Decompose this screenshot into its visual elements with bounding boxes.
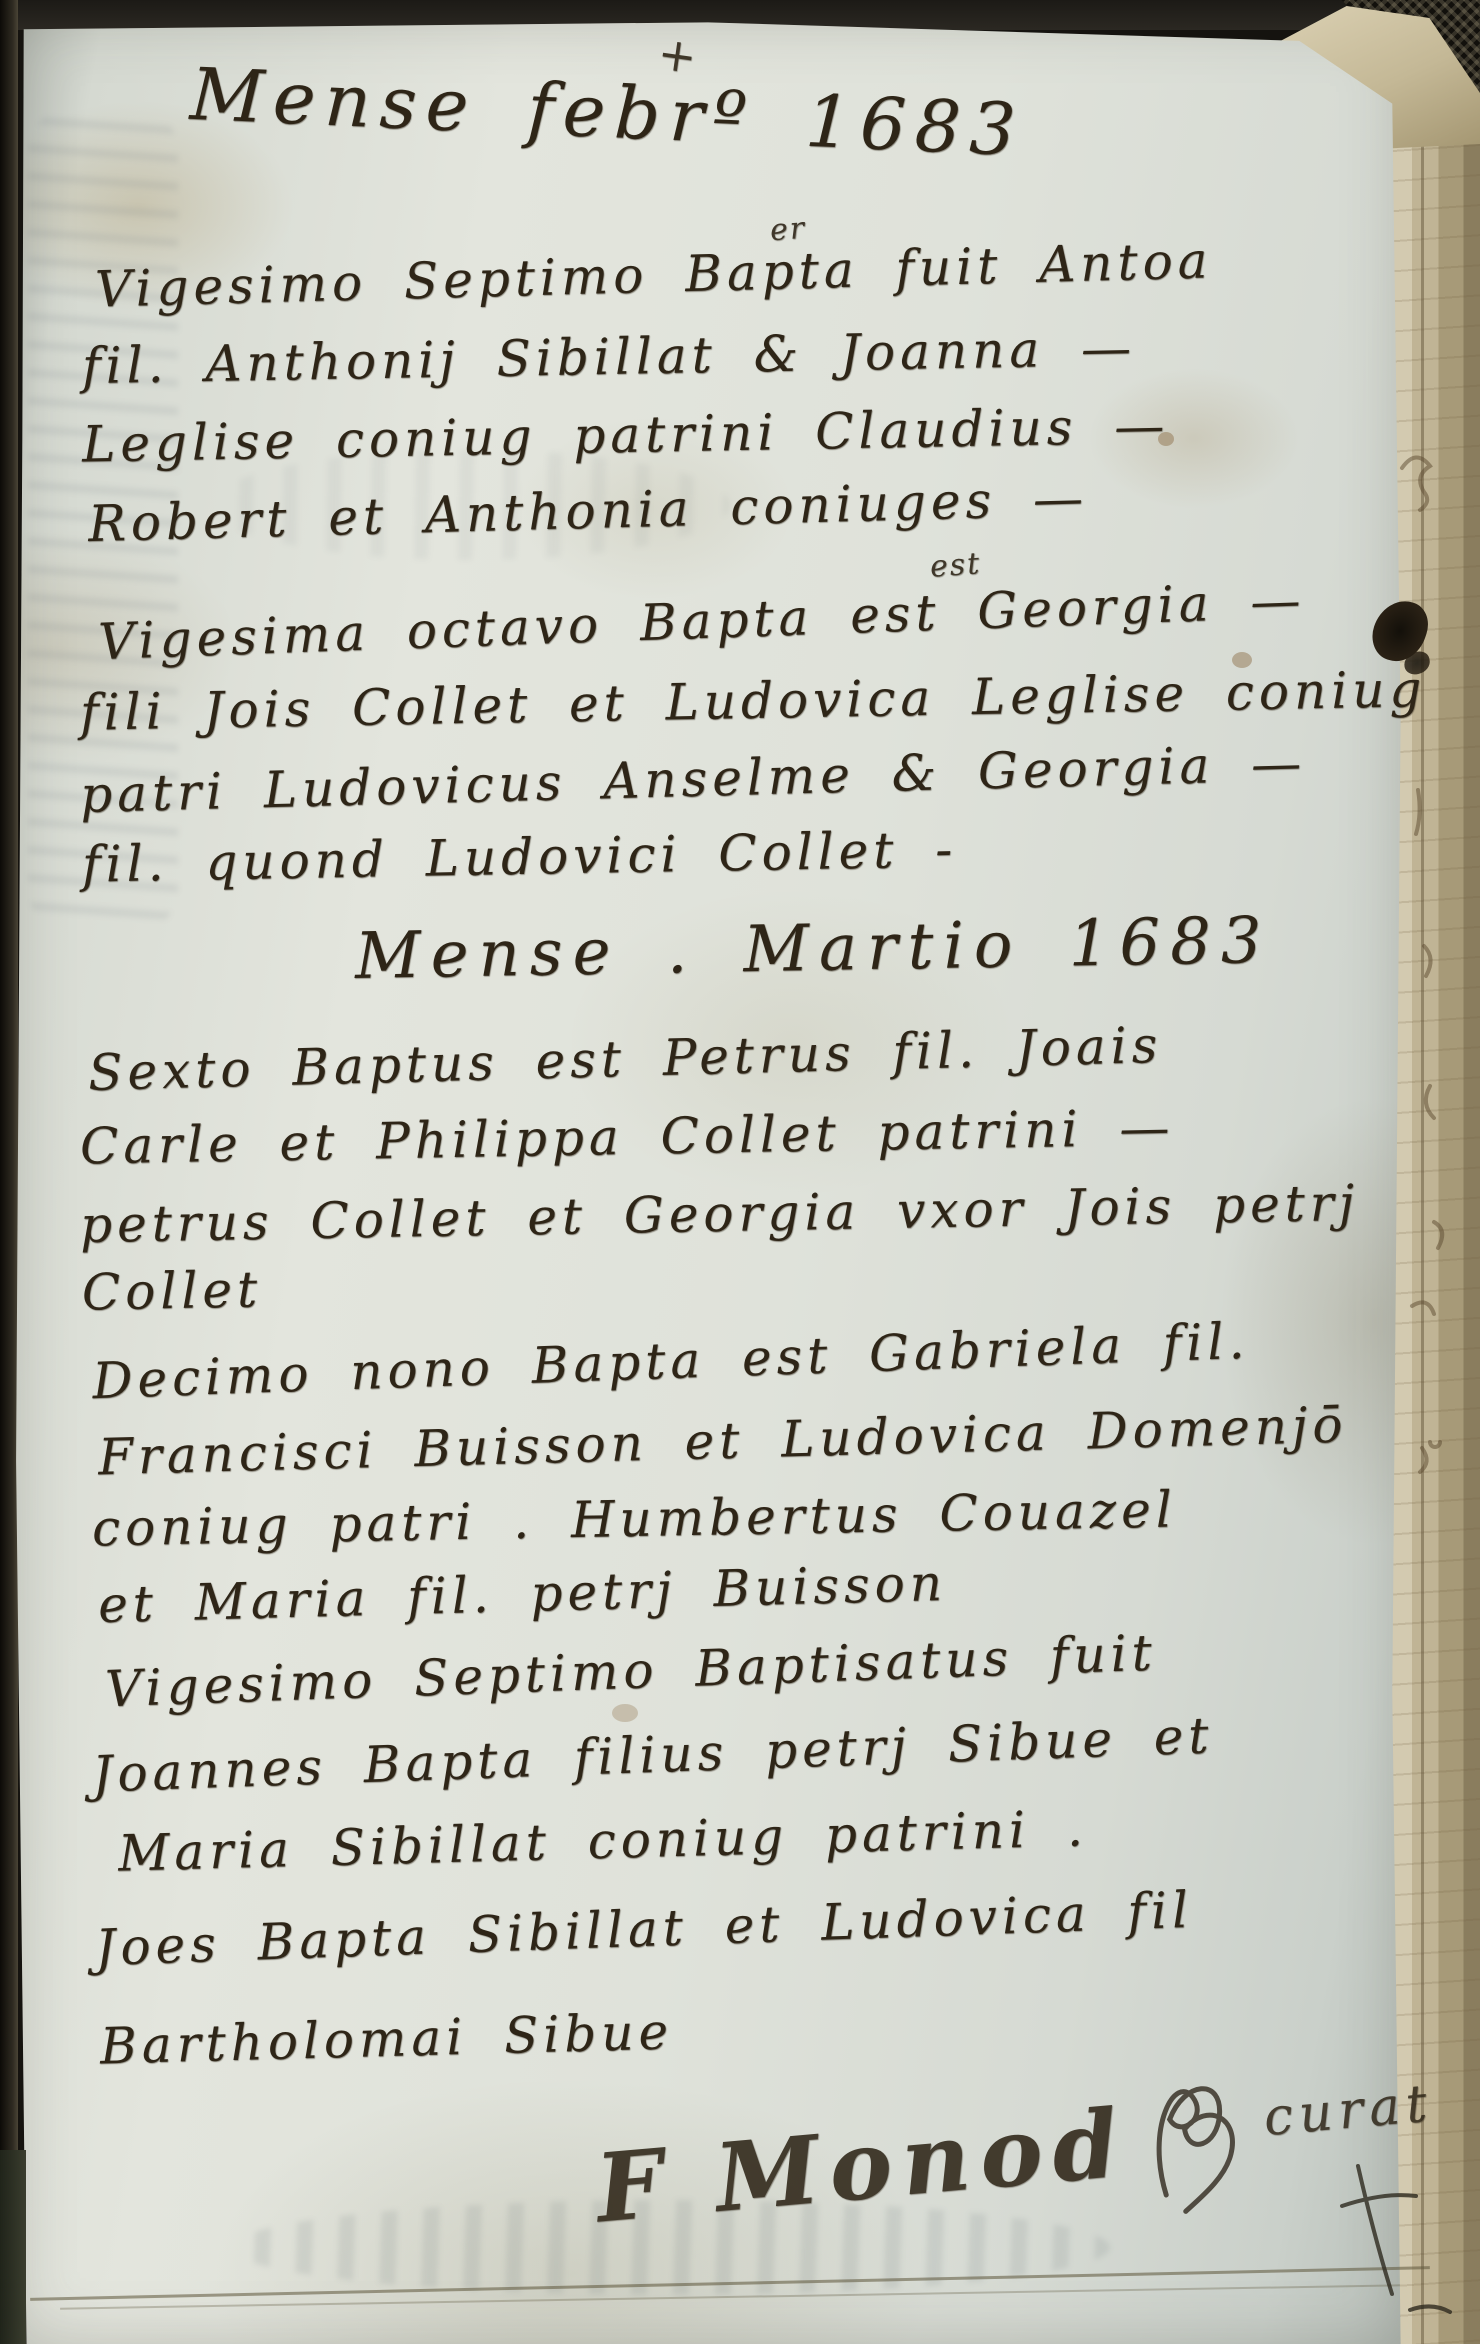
register-line: Joannes Bapta filius petrj Sibue et [91,1706,1214,1803]
month-heading-february: Mense febrº 1683 [189,52,1027,172]
register-line: Decimo nono Bapta est Gabriela fil. [91,1312,1250,1410]
register-line: fil. quond Ludovici Collet - [82,820,958,893]
handwriting-layer: + Mense febrº 1683 er Vigesimo Septimo B… [0,0,1480,2344]
register-line: Joes Bapta Sibillat et Ludovica fil [94,1881,1194,1977]
register-line: Vigesimo Septimo Baptisatus fuit [104,1624,1157,1719]
register-line: fili Jois Collet et Ludovica Leglise con… [80,660,1427,741]
register-line: Leglise coniug patrini Claudius — [82,397,1170,474]
register-line: Bartholomai Sibue [99,2003,673,2076]
register-line: patri Ludovicus Anselme & Georgia — [79,734,1306,824]
register-line: Robert et Anthonia coniuges — [87,469,1088,553]
register-line: Maria Sibillat coniug patrini . [117,1799,1088,1882]
register-line: petrus Collet et Georgia vxor Jois petrj [80,1174,1360,1254]
register-line: fil. Anthonij Sibillat & Joanna — [82,319,1137,395]
register-line: Sexto Baptus est Petrus fil. Joais [87,1016,1163,1102]
register-line: Vigesimo Septimo Bapta fuit Antoa [94,231,1213,318]
priest-signature: F Monod curat [590,2042,1440,2265]
register-line: Collet [82,1260,263,1321]
signature-title: curat [1261,2074,1437,2174]
register-line: Vigesima octavo Bapta est Georgia — [97,571,1306,671]
register-line: et Maria fil. petrj Buisson [97,1554,947,1634]
manuscript-scan: + Mense febrº 1683 er Vigesimo Septimo B… [0,0,1480,2344]
signature-flourish [1135,2058,1258,2217]
month-heading-march: Mense . Martio 1683 [354,904,1272,994]
signature-name: F Monod [592,2088,1133,2244]
register-line: Carle et Philippa Collet patrini — [80,1098,1175,1175]
superscript-note: est [929,546,983,584]
register-line: coniug patri . Humbertus Couazel [92,1481,1178,1558]
register-line: Francisci Buisson et Ludovica Domenjō [97,1396,1348,1487]
